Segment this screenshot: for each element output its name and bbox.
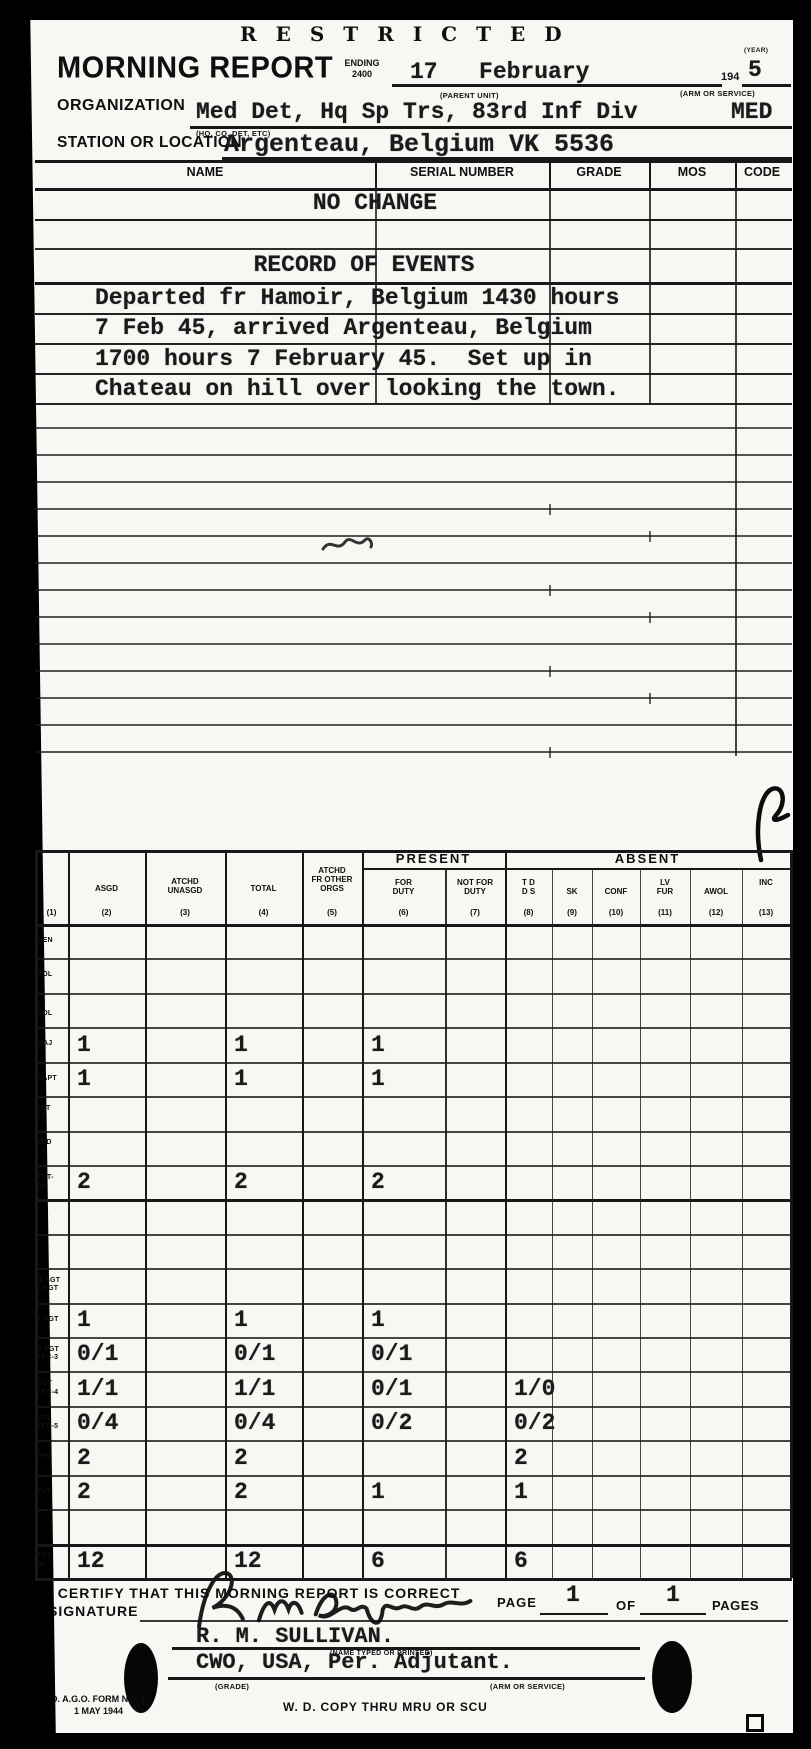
record-of-events-title: RECORD OF EVENTS (254, 252, 475, 278)
strength-col-header-lv_fur: LV FUR (640, 878, 690, 896)
roster-rule-line (35, 670, 792, 672)
station-value: Argenteau, Belgium VK 5536 (224, 130, 614, 159)
roster-rule-line (35, 724, 792, 726)
strength-col-number-rank: (1) (35, 908, 68, 917)
strength-row-line (35, 1062, 790, 1064)
strength-col-number-total: (4) (225, 908, 302, 917)
form-id-line2: 1 MAY 1944 (74, 1706, 123, 1716)
roster-column-line (735, 160, 737, 756)
roster-tick-mark (549, 747, 551, 758)
roster-col-serial: SERIAL NUMBER (402, 165, 522, 179)
of-label: OF (616, 1598, 636, 1613)
roster-rule-line (35, 535, 792, 537)
page-number-underline (540, 1613, 608, 1615)
strength-row-line (35, 1165, 790, 1167)
strength-cell-value: 2 (514, 1445, 528, 1471)
strength-col-number-conf: (10) (592, 908, 640, 917)
strength-cell-value: 1 (514, 1479, 528, 1505)
strength-row-line (35, 1268, 790, 1270)
absent-group-underline (505, 868, 790, 870)
strength-rank-label: S SGT TEC-3 (37, 1346, 67, 1363)
form-title: MORNING REPORT (57, 51, 333, 86)
strength-rank-label: T SGT (37, 1316, 67, 1325)
pages-total-underline (640, 1613, 706, 1615)
roster-rule-line (35, 589, 792, 591)
record-line: 7 Feb 45, arrived Argenteau, Belgium (95, 315, 592, 341)
strength-rank-label: MAJ (37, 1040, 67, 1049)
roster-column-line (549, 160, 551, 405)
absent-group-label: ABSENT (505, 851, 790, 866)
strength-column-line (592, 868, 593, 1578)
strength-col-number-awol: (12) (690, 908, 742, 917)
strength-cell-value: 1 (77, 1307, 91, 1333)
strength-column-line (640, 868, 641, 1578)
strength-cell-value: 0/1 (371, 1376, 412, 1402)
strength-row-line (35, 1027, 790, 1029)
strength-rank-label: CPL TEC-5 (37, 1415, 67, 1432)
strength-col-number-lv_fur: (11) (640, 908, 690, 917)
strength-row-line (35, 1303, 790, 1305)
strength-row-line (35, 993, 790, 995)
strength-col-header-awol: AWOL (690, 887, 742, 896)
page-label: PAGE (497, 1595, 537, 1610)
strength-rank-label: SGT TEC-4 (37, 1380, 67, 1397)
roster-tick-mark (549, 585, 551, 596)
signature-label: SIGNATURE (48, 1603, 138, 1619)
record-line: Departed fr Hamoir, Belgium 1430 hours (95, 285, 620, 311)
ending-time: 2400 (336, 69, 388, 79)
strength-col-header-td_ds: T D D S (505, 878, 552, 896)
strength-cell-value: 1 (234, 1066, 248, 1092)
roster-rule-line (35, 313, 792, 315)
strength-row-line (35, 1234, 790, 1236)
present-group-underline (362, 868, 505, 870)
organization-arm-value: MED (731, 99, 772, 125)
strength-cell-value: 0/4 (77, 1410, 118, 1436)
strength-cell-value: 1 (77, 1066, 91, 1092)
strength-col-number-sk: (9) (552, 908, 592, 917)
roster-tick-mark (649, 693, 651, 704)
strength-cell-value: 2 (234, 1479, 248, 1505)
strength-cell-value: 0/1 (371, 1341, 412, 1367)
strength-cell-value: 2 (77, 1445, 91, 1471)
roster-rule-line (35, 403, 792, 405)
roster-rule-line (35, 616, 792, 618)
strength-cell-value: 12 (77, 1548, 105, 1574)
strength-col-header-int_inc: INC (742, 878, 790, 887)
strength-header-bottom-border (35, 924, 790, 927)
strength-col-header-atchd_fr: ATCHD FR OTHER ORGS (302, 866, 362, 893)
roster-column-line (375, 160, 377, 405)
strength-col-header-conf: CONF (592, 887, 640, 896)
strength-col-header-atchd_unasgd: ATCHD UNASGD (145, 877, 225, 895)
roster-rule-line (35, 697, 792, 699)
strength-cell-value: 2 (77, 1169, 91, 1195)
strength-rank-label: LT COL (37, 1002, 67, 1019)
strength-row-line (35, 1406, 790, 1408)
strength-outer-border (35, 850, 792, 853)
organization-underline (190, 126, 792, 129)
strength-col-number-int_inc: (13) (742, 908, 790, 917)
org-parent-hint: (PARENT UNIT) (440, 91, 499, 100)
typed-name: R. M. SULLIVAN. (196, 1624, 394, 1649)
punch-hole-right (652, 1641, 692, 1713)
roster-col-name: NAME (145, 165, 265, 179)
strength-column-line (690, 868, 691, 1578)
roster-rule-line (35, 562, 792, 564)
strength-cell-value: 6 (514, 1548, 528, 1574)
year-prefix: 194 (721, 71, 739, 83)
record-line: Chateau on hill over looking the town. (95, 376, 620, 402)
roster-rule-line (35, 508, 792, 510)
scan-edge-right (793, 0, 811, 1749)
strength-outer-border (35, 1578, 792, 1581)
distribution-note: W. D. COPY THRU MRU OR SCU (283, 1700, 488, 1714)
roster-tick-mark (649, 531, 651, 542)
roster-tick-mark (549, 504, 551, 515)
roster-header-column-line (649, 160, 651, 188)
report-date-value: 17 February (410, 59, 589, 85)
roster-rule-line (35, 427, 792, 429)
roster-rule-line (35, 248, 792, 250)
roster-top-border (35, 160, 792, 163)
roster-rule-line (35, 282, 792, 285)
roster-rule-line (35, 219, 792, 221)
roster-tick-mark (649, 612, 651, 623)
roster-column-line (649, 160, 651, 405)
strength-rank-label: 2ND LT (37, 1139, 67, 1156)
roster-tick-mark (549, 666, 551, 677)
strength-cell-value: 1 (371, 1032, 385, 1058)
station-label: STATION OR LOCATION (57, 134, 242, 152)
roster-header-column-line (549, 160, 551, 188)
strength-row-line (35, 1544, 790, 1547)
strength-col-header-sk: SK (552, 887, 592, 896)
strength-cell-value: 1 (234, 1032, 248, 1058)
strength-rank-label: TOT- AL (37, 1552, 67, 1569)
strength-cell-value: 1/0 (514, 1376, 555, 1402)
strength-col-number-not_for_duty: (7) (445, 908, 505, 917)
page-number-value: 1 (566, 1582, 580, 1608)
grade-underline (168, 1677, 645, 1680)
scan-edge-left (0, 0, 60, 1749)
strength-row-line (35, 1440, 790, 1442)
strength-row-line (35, 1475, 790, 1477)
scan-edge-bottom (0, 1733, 811, 1749)
morning-report-scan: RESTRICTED MORNING REPORT ENDING 2400 17… (0, 0, 811, 1749)
roster-rule-line (35, 751, 792, 753)
arm-hint: (ARM OR SERVICE) (490, 1682, 565, 1691)
grade-hint: (GRADE) (215, 1682, 249, 1691)
strength-col-number-atchd_unasgd: (3) (145, 908, 225, 917)
strength-row-line (35, 958, 790, 960)
roster-rule-line (35, 343, 792, 345)
strength-rank-label: PFC (37, 1453, 67, 1462)
strength-cell-value: 6 (371, 1548, 385, 1574)
strength-rank-label: TOT- AL (37, 1174, 67, 1191)
strength-cell-value: 12 (234, 1548, 262, 1574)
roster-rule-line (35, 643, 792, 645)
strength-col-number-atchd_fr: (5) (302, 908, 362, 917)
classification-banner: RESTRICTED (240, 22, 581, 46)
strength-cell-value: 1 (234, 1307, 248, 1333)
strength-cell-value: 1 (77, 1032, 91, 1058)
strength-cell-value: 1/1 (77, 1376, 118, 1402)
strength-cell-value: 2 (234, 1169, 248, 1195)
strength-rank-label: M SGT 1 SGT (37, 1277, 67, 1294)
strength-column-line (742, 868, 743, 1578)
roster-header-column-line (375, 160, 377, 188)
strength-cell-value: 2 (371, 1169, 385, 1195)
strength-cell-value: 1 (371, 1307, 385, 1333)
year-hint: (YEAR) (744, 47, 768, 54)
strength-col-header-asgd: ASGD (68, 884, 145, 893)
pages-total-value: 1 (666, 1582, 680, 1608)
record-line: 1700 hours 7 February 45. Set up in (95, 346, 592, 372)
strength-outer-border (790, 850, 793, 1578)
organization-label: ORGANIZATION (57, 97, 185, 115)
strength-rank-label: CAPT (37, 1075, 67, 1084)
checkbox-square (746, 1714, 764, 1732)
strength-row-line (35, 1371, 790, 1373)
strength-cell-value: 2 (77, 1479, 91, 1505)
strength-cell-value: 1 (371, 1066, 385, 1092)
strength-col-number-td_ds: (8) (505, 908, 552, 917)
roster-rule-line (35, 454, 792, 456)
strength-row-line (35, 1131, 790, 1133)
org-arm-hint: (ARM OR SERVICE) (680, 89, 755, 98)
strength-cell-value: 0/2 (371, 1410, 412, 1436)
strength-row-line (35, 1337, 790, 1339)
strength-col-number-asgd: (2) (68, 908, 145, 917)
year-value: 5 (748, 57, 762, 83)
organization-value: Med Det, Hq Sp Trs, 83rd Inf Div (196, 99, 638, 125)
ending-label: ENDING (336, 58, 388, 68)
strength-rank-label: PVT (37, 1488, 67, 1497)
strength-col-header-not_for_duty: NOT FOR DUTY (445, 878, 505, 896)
roster-rule-line (35, 373, 792, 375)
strength-row-line (35, 1096, 790, 1098)
roster-rule-line (35, 481, 792, 483)
scan-edge-top (0, 0, 811, 20)
strength-column-line (552, 868, 553, 1578)
strength-col-header-total: TOTAL (225, 884, 302, 893)
strength-row-line (35, 1199, 790, 1202)
strength-cell-value: 0/4 (234, 1410, 275, 1436)
pages-label: PAGES (712, 1598, 759, 1613)
strength-column-line (445, 868, 447, 1578)
year-underline (742, 84, 791, 87)
strength-cell-value: 2 (234, 1445, 248, 1471)
strength-cell-value: 1 (371, 1479, 385, 1505)
roster-header-column-line (735, 160, 737, 188)
grade-and-arm-value: CWO, USA, Per. Adjutant. (196, 1650, 513, 1675)
strength-cell-value: 0/2 (514, 1410, 555, 1436)
strength-rank-label: 1ST LT (37, 1105, 67, 1122)
strength-cell-value: 1/1 (234, 1376, 275, 1402)
strength-col-number-for_duty: (6) (362, 908, 445, 917)
strength-rank-label: GEN (37, 937, 67, 946)
strength-cell-value: 0/1 (234, 1341, 275, 1367)
strength-row-line (35, 1509, 790, 1511)
strength-col-header-for_duty: FOR DUTY (362, 878, 445, 896)
present-group-label: PRESENT (362, 851, 505, 866)
strength-cell-value: 0/1 (77, 1341, 118, 1367)
strength-rank-label: COL (37, 971, 67, 980)
